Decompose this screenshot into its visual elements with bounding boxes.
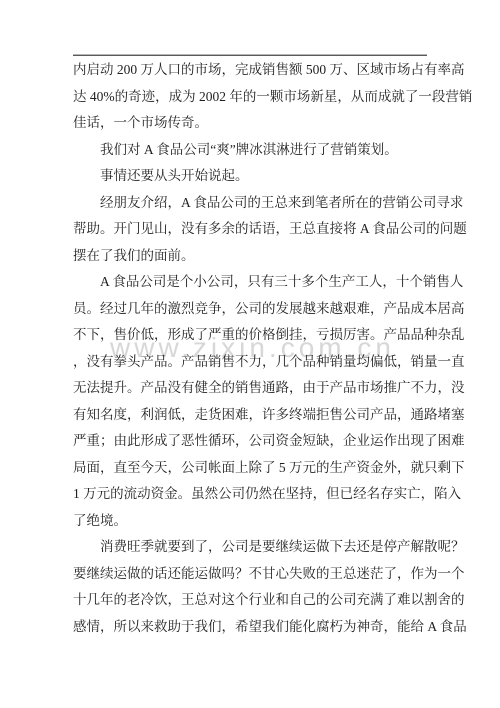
body-text-block: 内启动 200 万人口的市场，完成销售额 500 万、区域市场占有率高 达 40… — [73, 57, 431, 640]
text-line: 有知名度，利润低，走货困难，许多终端拒售公司产品，通路堵塞 — [73, 402, 431, 429]
text-line: 感情，所以来救助于我们，希望我们能化腐朽为神奇，能给 A 食品 — [73, 614, 431, 641]
header-divider-line — [73, 55, 427, 56]
text-line: 局面，直至今天，公司帐面上除了 5 万元的生产资金外，就只剩下 — [73, 455, 431, 482]
text-line: 内启动 200 万人口的市场，完成销售额 500 万、区域市场占有率高 — [73, 57, 431, 84]
text-line: 摆在了我们的面前。 — [73, 243, 431, 270]
text-line: 严重；由此形成了恶性循环，公司资金短缺，企业运作出现了困难 — [73, 428, 431, 455]
text-line: 帮助。开门见山，没有多余的话语，王总直接将 A 食品公司的问题 — [73, 216, 431, 243]
text-line: A 食品公司是个小公司，只有三十多个生产工人，十个销售人 — [73, 269, 431, 296]
document-page: www.zixin.com.cn 内启动 200 万人口的市场，完成销售额 50… — [0, 0, 500, 708]
text-line: 了绝境。 — [73, 508, 431, 535]
text-line: 要继续运做的话还能运做吗？不甘心失败的王总迷茫了，作为一个 — [73, 561, 431, 588]
text-line: 十几年的老冷饮，王总对这个行业和自己的公司充满了难以割舍的 — [73, 587, 431, 614]
text-line: 经朋友介绍，A 食品公司的王总来到笔者所在的营销公司寻求 — [73, 190, 431, 217]
text-line: 达 40%的奇迹，成为 2002 年的一颗市场新星，从而成就了一段营销 — [73, 84, 431, 111]
text-line: ，没有拳头产品。产品销售不力，几个品种销量均偏低，销量一直 — [73, 349, 431, 376]
text-line: 1 万元的流动资金。虽然公司仍然在坚持，但已经名存实亡，陷入 — [73, 481, 431, 508]
text-line: 事情还要从头开始说起。 — [73, 163, 431, 190]
text-line: 员。经过几年的激烈竞争，公司的发展越来越艰难，产品成本居高 — [73, 296, 431, 323]
text-line: 不下，售价低，形成了严重的价格倒挂，亏损厉害。产品品种杂乱 — [73, 322, 431, 349]
text-line: 佳话，一个市场传奇。 — [73, 110, 431, 137]
text-line: 我们对 A 食品公司“爽”牌冰淇淋进行了营销策划。 — [73, 137, 431, 164]
text-line: 无法提升。产品没有健全的销售通路，由于产品市场推广不力，没 — [73, 375, 431, 402]
text-line: 消费旺季就要到了，公司是要继续运做下去还是停产解散呢？ — [73, 534, 431, 561]
